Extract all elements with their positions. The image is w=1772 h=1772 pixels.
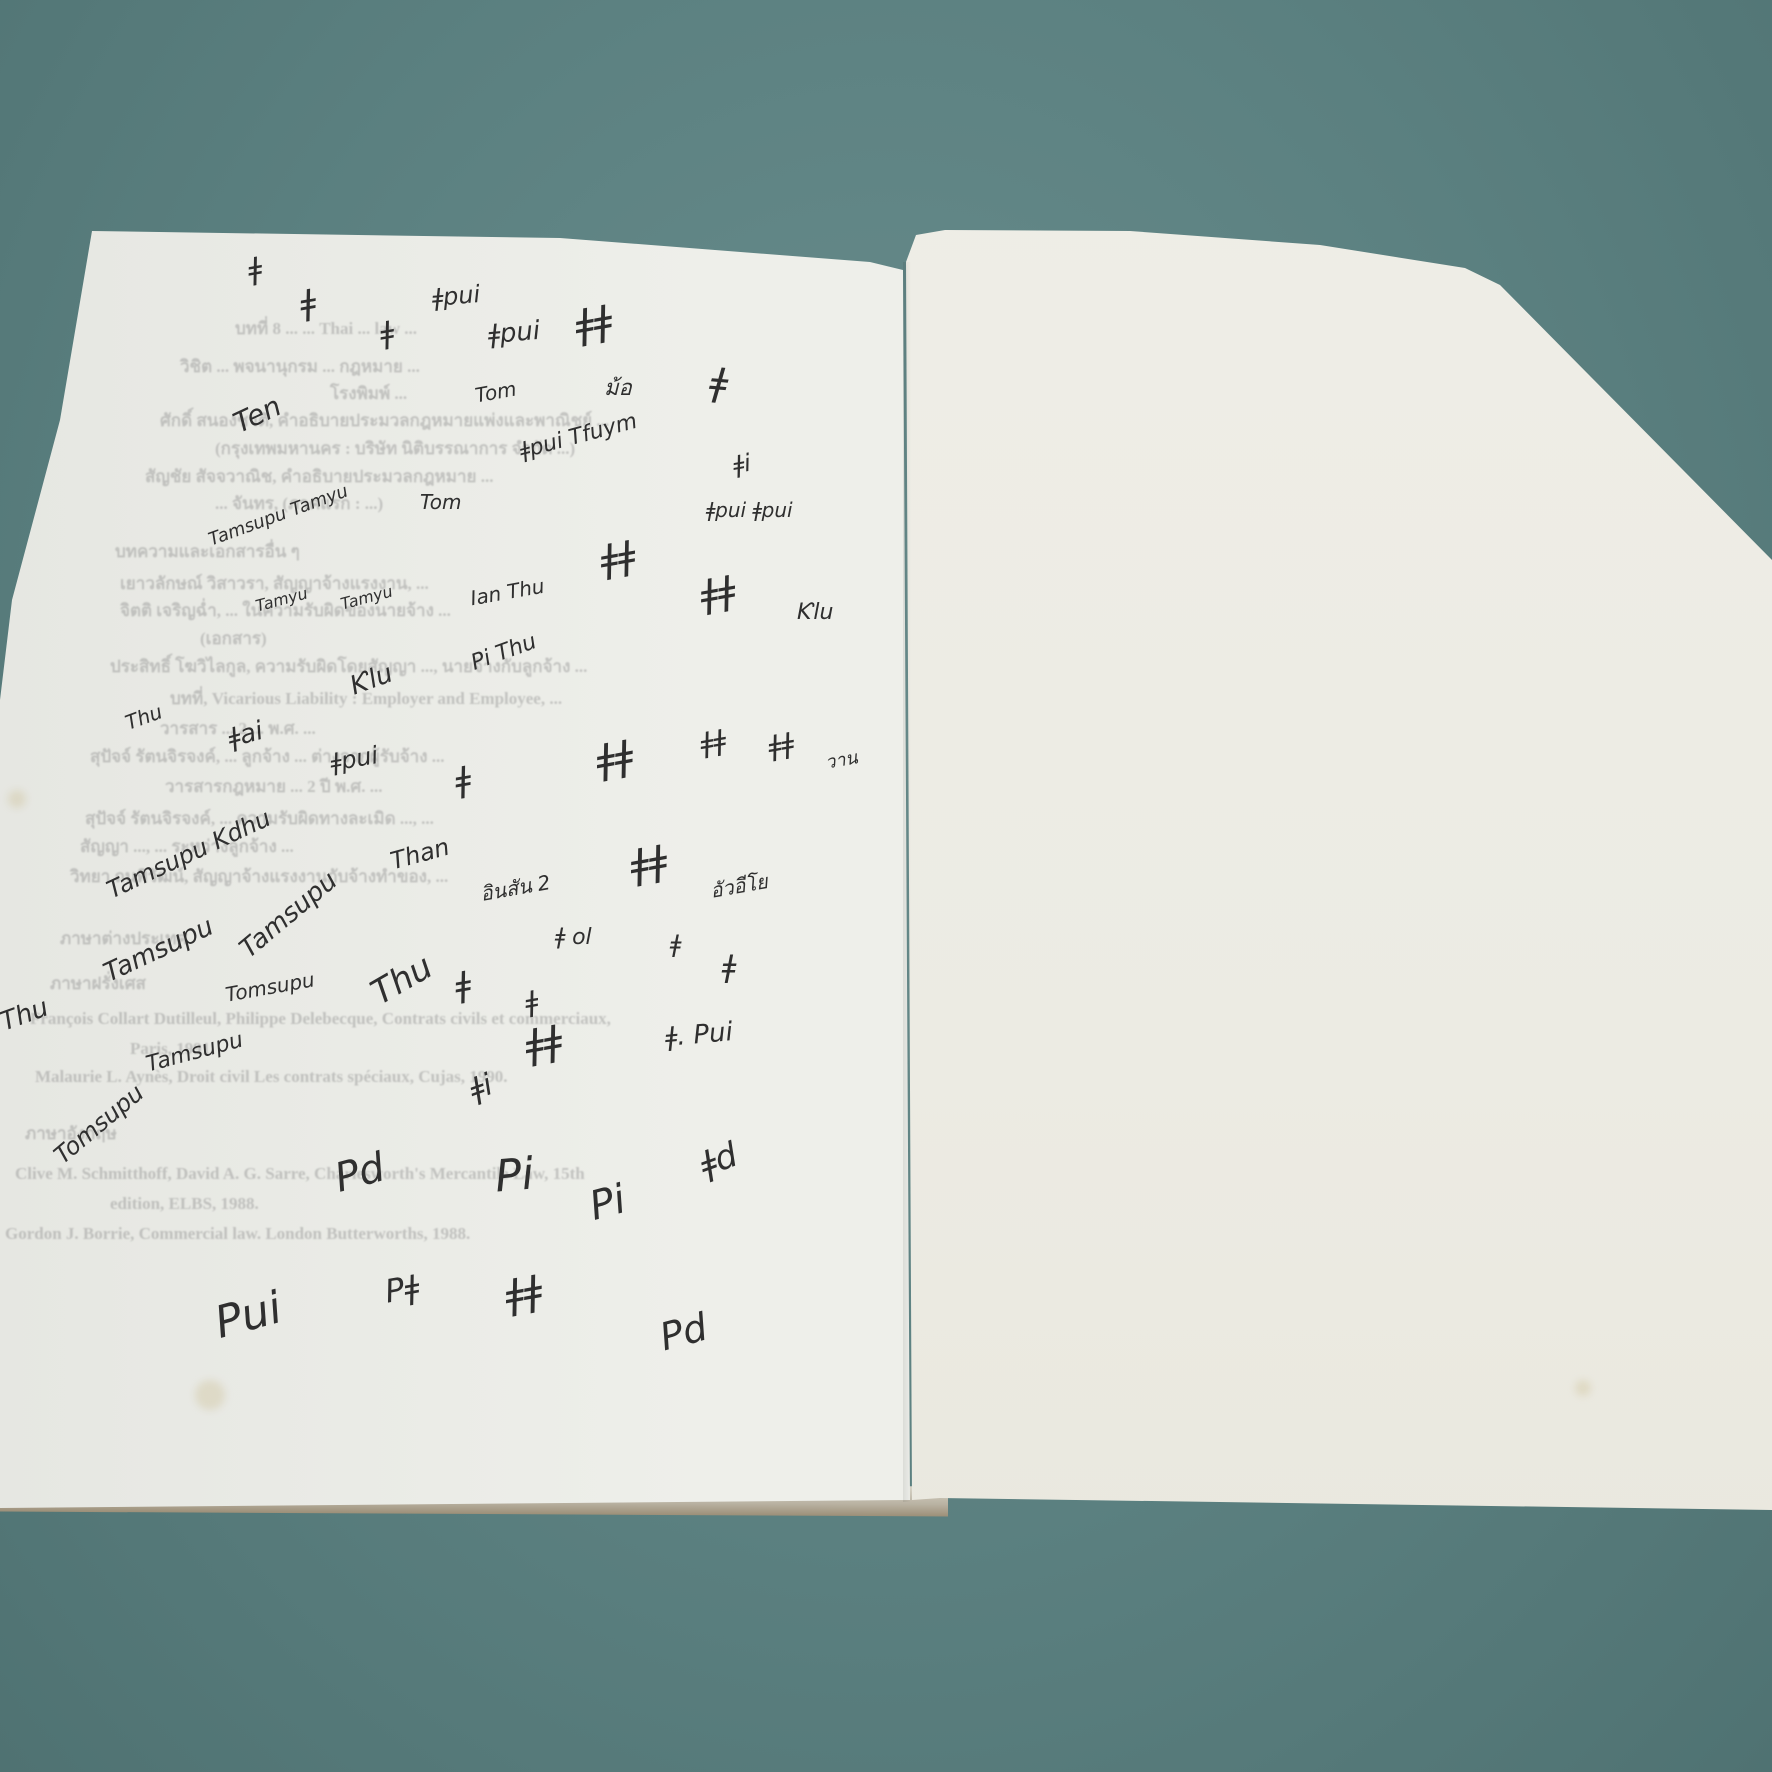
pencil-signature: ǂǂ <box>521 1017 565 1069</box>
pencil-signature: Tamyu <box>253 583 309 615</box>
pencil-signature: วาน <box>823 742 860 776</box>
pencil-signature: ǂ <box>670 930 681 958</box>
pencil-signature: ม้อ <box>604 370 632 405</box>
pencil-signature: Tomsupu <box>224 967 317 1006</box>
pencil-signature: ǂǂ <box>592 732 636 784</box>
pencil-signature: ǂpui ǂpui <box>706 498 793 522</box>
pencil-signature: ǂǂ <box>626 837 670 889</box>
pencil-signature: Ƙlu <box>346 659 397 702</box>
pencil-signature: ǂǂ <box>696 567 738 616</box>
pencil-signature: Tamsupu Kdhu <box>102 804 275 904</box>
pencil-signature: ǂ <box>722 950 736 985</box>
pencil-signature: ǂǂ <box>697 723 728 760</box>
pencil-signature: Than <box>387 833 452 876</box>
pencil-signature: ǂpui <box>431 280 481 312</box>
pencil-signature: Ƙlu <box>797 600 833 625</box>
pencil-signature: Tom <box>420 490 461 514</box>
pencil-signature: Thu <box>364 947 439 1014</box>
pencil-signature: ǂǂ <box>765 726 796 763</box>
pencil-signature: ǂ <box>452 964 474 1006</box>
pencil-signature: Tamsupu <box>143 1028 245 1078</box>
pencil-signature: ǂai <box>225 716 267 754</box>
pencil-signature: Pi Thu <box>468 629 540 676</box>
pencil-signature: ǂ <box>708 359 729 404</box>
pencil-signature: ǂ <box>377 315 397 352</box>
pencil-signature: Thu <box>122 699 166 734</box>
pencil-signature: ǂ <box>245 251 265 288</box>
pencil-signature: Thu <box>0 993 53 1038</box>
pencil-signature: Tamsupu <box>99 912 218 989</box>
pencil-signature: ǂ <box>522 984 540 1019</box>
pencil-signature: ǂǂ <box>571 297 615 349</box>
pencil-signature: Pui <box>210 1282 288 1349</box>
pencil-signature: อัวอีโย <box>708 865 770 907</box>
pencil-signature: อินสัน 2 <box>478 866 553 910</box>
pencil-signature: ǂ <box>452 759 474 801</box>
pencil-signature: Pd <box>330 1144 390 1201</box>
pencil-signature: Ten <box>228 389 286 439</box>
pencil-signature: ǂpui <box>328 741 380 777</box>
pencil-signature: ǂi <box>465 1067 498 1107</box>
pencil-signature: Pi <box>493 1148 536 1202</box>
pencil-signature: Tamsupu <box>234 866 343 964</box>
pencil-signature: ǂ. Pui <box>664 1017 734 1053</box>
pencil-signature: ǂpui Tfuym <box>517 409 640 464</box>
signature-scribbles: ǂǂǂpuiǂǂpuiǂǂม้อǂTenTomǂpui TfuymǂiTomTa… <box>0 0 1772 1772</box>
pencil-signature: Pd <box>655 1305 712 1360</box>
pencil-signature: ǂpui <box>487 316 542 350</box>
pencil-signature: Tom <box>473 377 518 408</box>
pencil-signature: Pǂ <box>382 1267 422 1310</box>
pencil-signature: Tomsupu <box>49 1079 150 1170</box>
pencil-signature: ǂi <box>731 449 753 480</box>
pencil-signature: Tamsupu Tamyu <box>206 481 351 551</box>
pencil-signature: ǂǂ <box>596 532 638 581</box>
pencil-signature: Ian Thu <box>468 574 546 611</box>
pencil-signature: ǂd <box>694 1135 743 1185</box>
pencil-signature: Tamyu <box>338 581 394 613</box>
pencil-signature: Pi <box>585 1176 631 1230</box>
pencil-signature: ǂ <box>297 282 319 324</box>
pencil-signature: ǂ ol <box>555 925 592 950</box>
pencil-signature: ǂǂ <box>501 1267 545 1319</box>
